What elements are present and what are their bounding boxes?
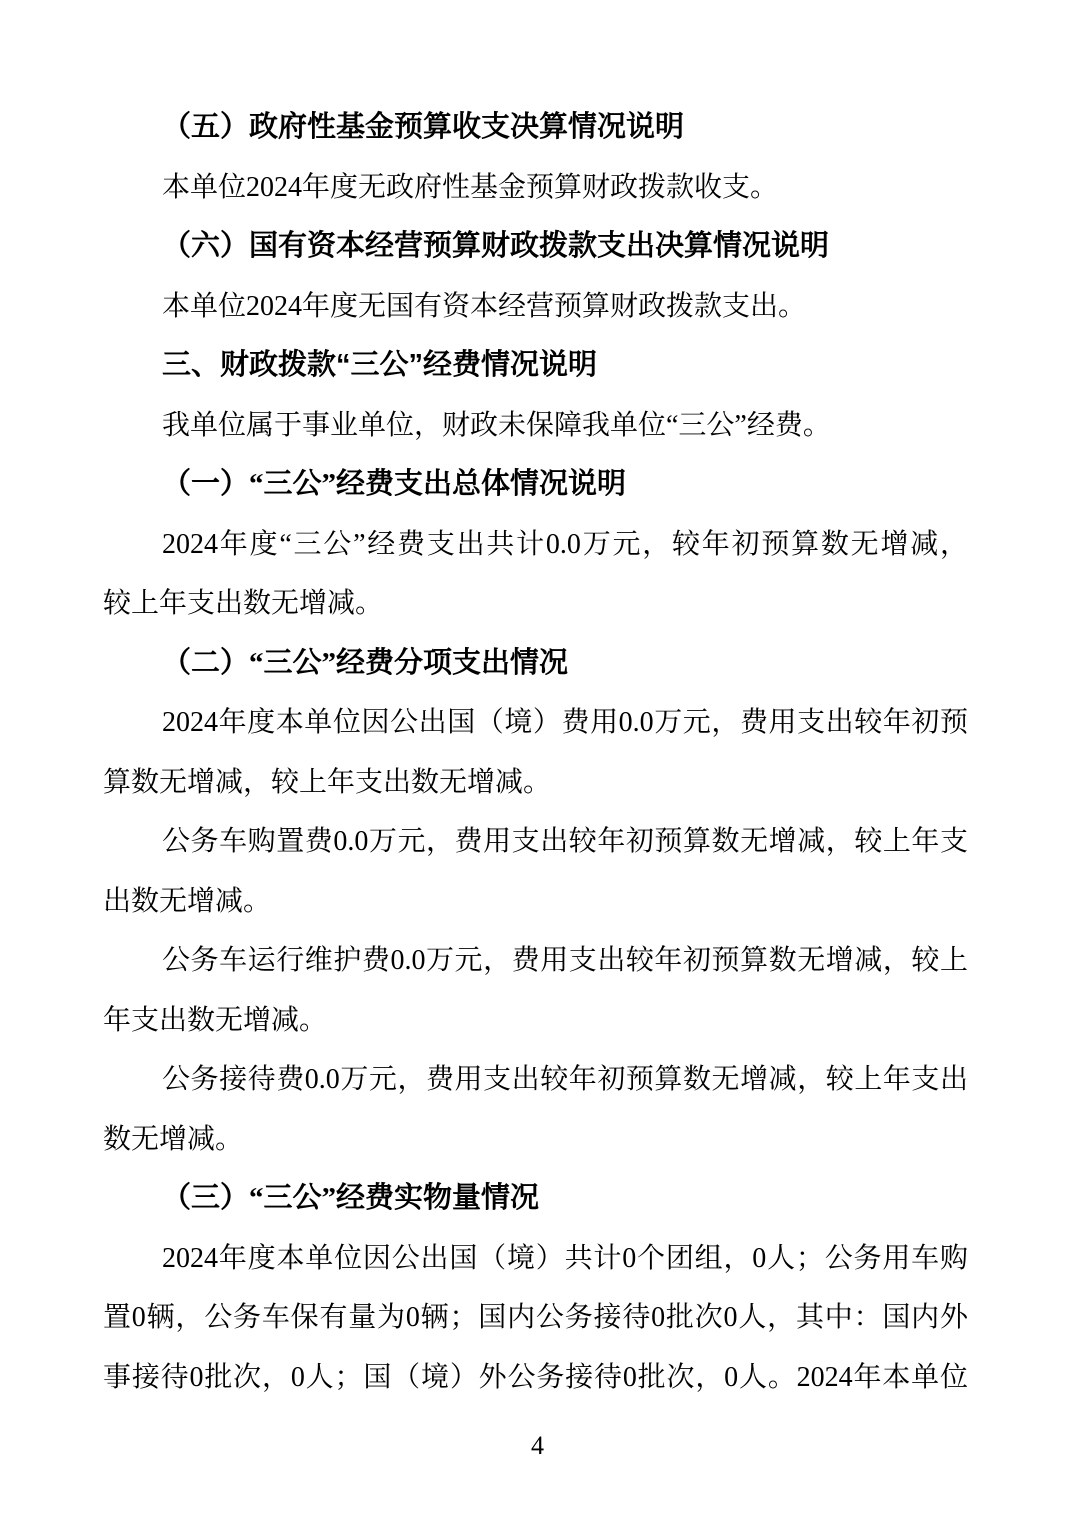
paragraph-line: 公务车运行维护费0.0万元，费用支出较年初预算数无增减，较上 <box>103 931 968 991</box>
paragraph-line: 我单位属于事业单位，财政未保障我单位“三公”经费。 <box>103 396 968 456</box>
paragraph-line: 事接待0批次，0人；国（境）外公务接待0批次，0人。2024年本单位 <box>103 1348 968 1408</box>
subsection-heading: （五）政府性基金预算收支决算情况说明 <box>103 98 968 158</box>
subsection-heading: （一）“三公”经费支出总体情况说明 <box>103 455 968 515</box>
paragraph-line: 数无增减。 <box>103 1110 968 1170</box>
paragraph-line: 公务车购置费0.0万元，费用支出较年初预算数无增减，较上年支 <box>103 812 968 872</box>
section-heading: 三、财政拨款“三公”经费情况说明 <box>103 336 968 396</box>
document-body: （五）政府性基金预算收支决算情况说明本单位2024年度无政府性基金预算财政拨款收… <box>103 98 968 1407</box>
subsection-heading: （二）“三公”经费分项支出情况 <box>103 634 968 694</box>
page-number: 4 <box>531 1431 544 1460</box>
document-page: （五）政府性基金预算收支决算情况说明本单位2024年度无政府性基金预算财政拨款收… <box>0 0 1075 1520</box>
paragraph-line: 算数无增减，较上年支出数无增减。 <box>103 753 968 813</box>
paragraph-line: 本单位2024年度无国有资本经营预算财政拨款支出。 <box>103 277 968 337</box>
page-footer: 4 <box>0 1430 1075 1462</box>
paragraph-line: 2024年度“三公”经费支出共计0.0万元，较年初预算数无增减， <box>103 515 968 575</box>
paragraph-line: 本单位2024年度无政府性基金预算财政拨款收支。 <box>103 158 968 218</box>
subsection-heading: （三）“三公”经费实物量情况 <box>103 1169 968 1229</box>
paragraph-line: 2024年度本单位因公出国（境）费用0.0万元，费用支出较年初预 <box>103 693 968 753</box>
subsection-heading: （六）国有资本经营预算财政拨款支出决算情况说明 <box>103 217 968 277</box>
paragraph-line: 2024年度本单位因公出国（境）共计0个团组，0人；公务用车购 <box>103 1229 968 1289</box>
paragraph-line: 较上年支出数无增减。 <box>103 574 968 634</box>
paragraph-line: 置0辆，公务车保有量为0辆；国内公务接待0批次0人，其中：国内外 <box>103 1288 968 1348</box>
paragraph-line: 公务接待费0.0万元，费用支出较年初预算数无增减，较上年支出 <box>103 1050 968 1110</box>
paragraph-line: 年支出数无增减。 <box>103 991 968 1051</box>
paragraph-line: 出数无增减。 <box>103 872 968 932</box>
